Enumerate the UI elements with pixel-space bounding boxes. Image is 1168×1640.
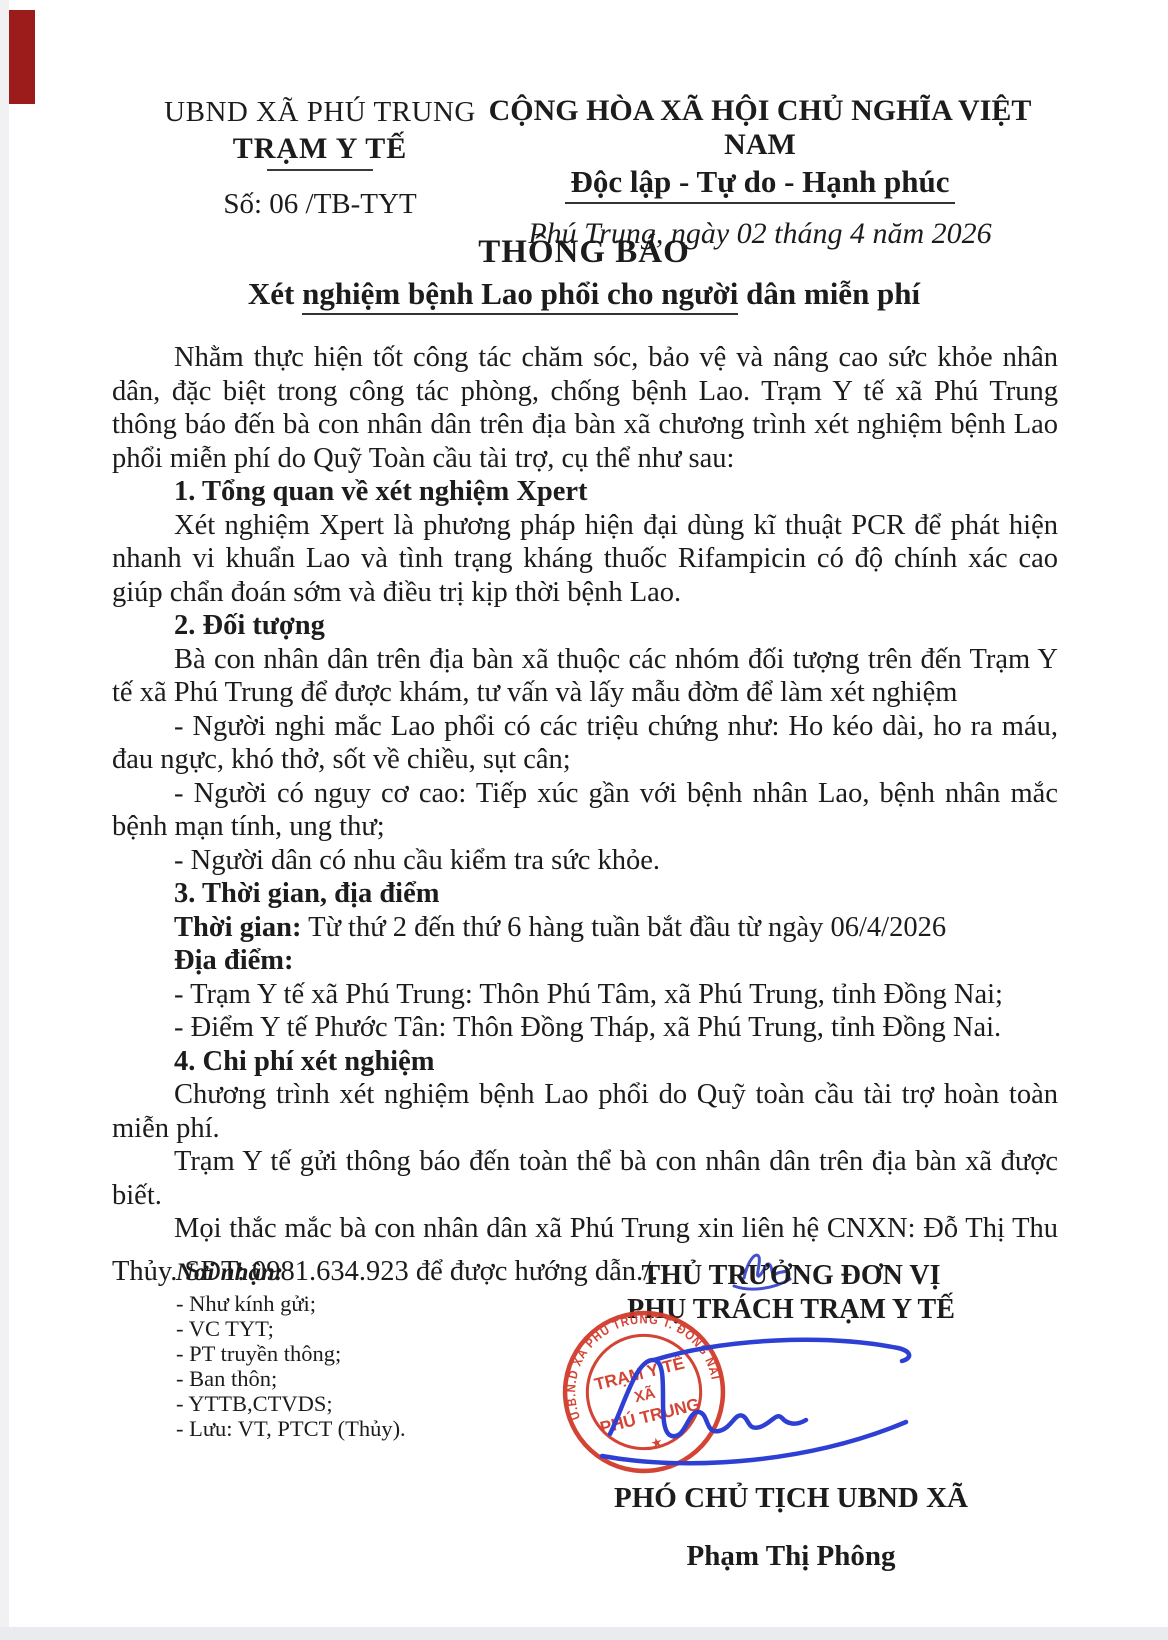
recipient-item: - Như kính gửi; bbox=[176, 1291, 406, 1316]
recipients-label: Nơi nhận: bbox=[176, 1260, 406, 1285]
signer-title: PHÓ CHỦ TỊCH UBND XÃ bbox=[556, 1482, 1026, 1515]
signer-role-line1: THỦ TRƯỞNG ĐƠN VỊ bbox=[556, 1260, 1026, 1292]
recipient-item: - Lưu: VT, PTCT (Thủy). bbox=[176, 1416, 406, 1441]
recipients-block: Nơi nhận: - Như kính gửi; - VC TYT; - PT… bbox=[176, 1260, 406, 1441]
recipient-item: - VC TYT; bbox=[176, 1316, 406, 1341]
signature-scribble bbox=[596, 1334, 926, 1474]
bullet-item: - Người có nguy cơ cao: Tiếp xúc gần với… bbox=[112, 777, 1058, 844]
national-title: CỘNG HÒA XÃ HỘI CHỦ NGHĨA VIỆT NAM bbox=[480, 94, 1040, 162]
document-page: UBND XÃ PHÚ TRUNG TRẠM Y TẾ Số: 06 /TB-T… bbox=[0, 0, 1168, 1640]
time-label: Thời gian: bbox=[174, 912, 301, 943]
notice-title-block: THÔNG BÁO Xét nghiệm bệnh Lao phổi cho n… bbox=[0, 234, 1168, 312]
section-heading-4: 4. Chi phí xét nghiệm bbox=[112, 1045, 1058, 1079]
time-row: Thời gian: Từ thứ 2 đến thứ 6 hàng tuần … bbox=[112, 911, 1058, 945]
body-paragraph: Bà con nhân dân trên địa bàn xã thuộc cá… bbox=[112, 643, 1058, 710]
issuing-org-block: UBND XÃ PHÚ TRUNG TRẠM Y TẾ Số: 06 /TB-T… bbox=[100, 96, 540, 221]
body-paragraph: Nhằm thực hiện tốt công tác chăm sóc, bả… bbox=[112, 341, 1058, 475]
org-parent-name: UBND XÃ PHÚ TRUNG bbox=[100, 96, 540, 129]
signer-name: Phạm Thị Phông bbox=[556, 1540, 1026, 1573]
notice-title: THÔNG BÁO bbox=[0, 234, 1168, 271]
org-underline-divider bbox=[267, 169, 373, 171]
body-paragraph: Trạm Y tế gửi thông báo đến toàn thể bà … bbox=[112, 1145, 1058, 1212]
section-heading-3: 3. Thời gian, địa điểm bbox=[112, 877, 1058, 911]
body-paragraph: Chương trình xét nghiệm bệnh Lao phổi do… bbox=[112, 1078, 1058, 1145]
location-label: Địa điểm: bbox=[112, 944, 1058, 978]
national-header-block: CỘNG HÒA XÃ HỘI CHỦ NGHĨA VIỆT NAM Độc l… bbox=[480, 94, 1040, 251]
subtitle-post: dân miễn phí bbox=[738, 276, 920, 311]
time-value: Từ thứ 2 đến thứ 6 hàng tuần bắt đầu từ … bbox=[301, 912, 946, 943]
body-paragraph: Xét nghiệm Xpert là phương pháp hiện đại… bbox=[112, 509, 1058, 610]
national-motto: Độc lập - Tự do - Hạnh phúc bbox=[565, 164, 956, 204]
subtitle-underlined: nghiệm bệnh Lao phổi cho người bbox=[302, 276, 738, 315]
red-ribbon bbox=[9, 10, 35, 104]
section-heading-2: 2. Đối tượng bbox=[112, 609, 1058, 643]
notice-body: Nhằm thực hiện tốt công tác chăm sóc, bả… bbox=[112, 341, 1058, 1292]
bullet-item: - Trạm Y tế xã Phú Trung: Thôn Phú Tâm, … bbox=[112, 978, 1058, 1012]
notice-subtitle: Xét nghiệm bệnh Lao phổi cho người dân m… bbox=[0, 276, 1168, 312]
doc-number: Số: 06 /TB-TYT bbox=[100, 188, 540, 221]
subtitle-pre: Xét bbox=[248, 276, 302, 311]
bullet-item: - Điểm Y tế Phước Tân: Thôn Đồng Tháp, x… bbox=[112, 1011, 1058, 1045]
recipient-item: - PT truyền thông; bbox=[176, 1341, 406, 1366]
org-unit-name: TRẠM Y TẾ bbox=[100, 132, 540, 166]
photo-edge-bottom bbox=[0, 1627, 1168, 1640]
recipient-item: - YTTB,CTVDS; bbox=[176, 1391, 406, 1416]
recipient-item: - Ban thôn; bbox=[176, 1366, 406, 1391]
bullet-item: - Người dân có nhu cầu kiểm tra sức khỏe… bbox=[112, 844, 1058, 878]
bullet-item: - Người nghi mắc Lao phổi có các triệu c… bbox=[112, 710, 1058, 777]
section-heading-1: 1. Tổng quan về xét nghiệm Xpert bbox=[112, 475, 1058, 509]
